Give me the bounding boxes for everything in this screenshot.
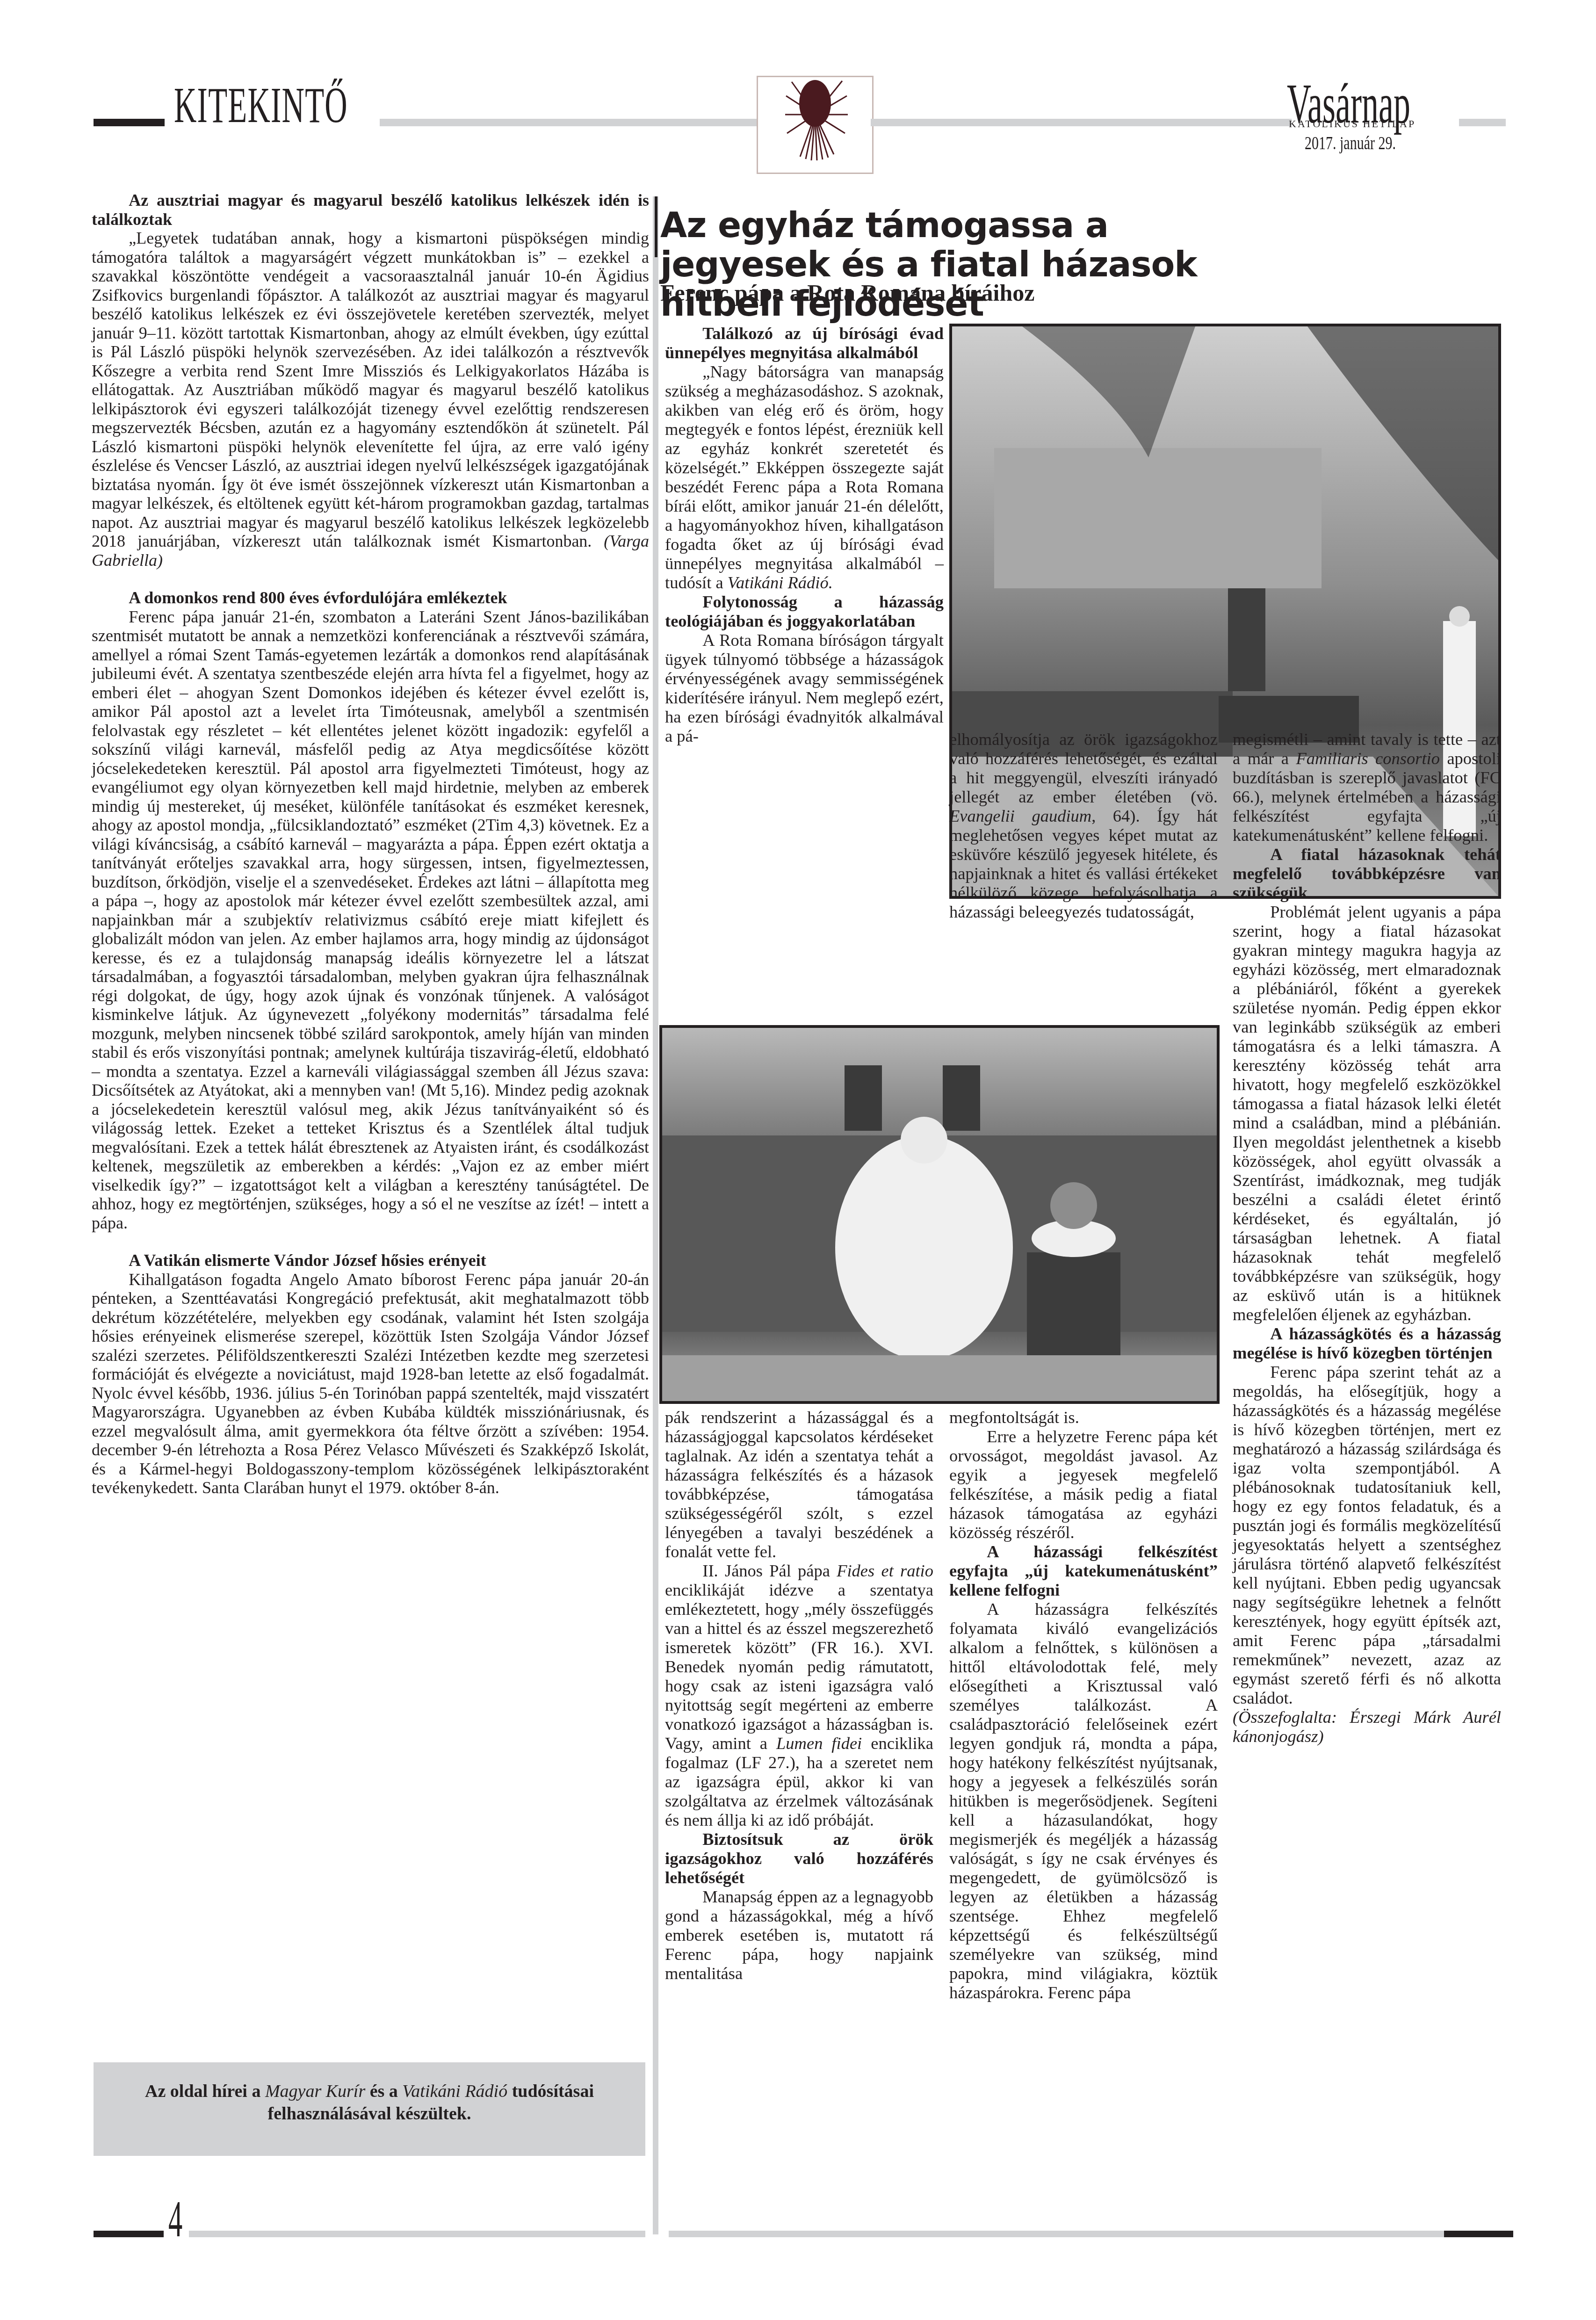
article-title: A domonkos rend 800 éves évfordulójára e… xyxy=(92,588,649,607)
sources-credit-box: Az oldal hírei a Magyar Kurír és a Vatik… xyxy=(94,2062,645,2156)
article-title: Az ausztriai magyar és magyarul beszélő … xyxy=(92,191,649,229)
paragraph: A Rota Romana bíróságon tárgyalt ügyek t… xyxy=(665,630,944,745)
bottom-column-1: pák rendszerint a házassággal és a házas… xyxy=(665,1408,933,1983)
header-left-block xyxy=(94,119,165,126)
paragraph: megfontoltságát is. xyxy=(949,1408,1218,1427)
footer-right-block xyxy=(1444,2231,1513,2237)
mid-column-a: elhomályosítja az örök igazságokhoz való… xyxy=(949,730,1218,921)
photo-icon xyxy=(662,1028,1217,1401)
issue-date: 2017. január 29. xyxy=(1305,132,1396,154)
source-link-magyar-kurir: Magyar Kurír xyxy=(265,2081,365,2101)
section-heading: Találkozó az új bírósági évad ünnepélyes… xyxy=(665,324,944,362)
left-news-column: Az ausztriai magyar és magyarul beszélő … xyxy=(92,191,649,1497)
main-subheadline: Ferenc pápa a Rota Romana bíráihoz xyxy=(660,280,1268,306)
section-heading: A házassági felkészítést egyfajta „új ka… xyxy=(949,1542,1218,1599)
sun-rays-icon xyxy=(758,77,872,173)
column-separator xyxy=(653,196,658,2234)
article-body: Ferenc pápa január 21-én, szombaton a La… xyxy=(92,607,649,1233)
article-title: A Vatikán elismerte Vándor József hősies… xyxy=(92,1251,649,1270)
paragraph: „Nagy bátorságra van manapság szükség a … xyxy=(665,362,944,592)
paragraph: Erre a helyzetre Ferenc pápa két orvossá… xyxy=(949,1427,1218,1542)
paragraph: elhomályosítja az örök igazságokhoz való… xyxy=(949,730,1218,921)
masthead-logo xyxy=(757,76,874,174)
photo-pope-with-judges xyxy=(659,1025,1220,1404)
source-link-vatikani-radio: Vatikáni Rádió xyxy=(402,2081,507,2101)
paragraph: Problémát jelent ugyanis a pápa szerint,… xyxy=(1233,902,1501,1324)
paragraph: megismétli – amint tavaly is tette – azt… xyxy=(1233,730,1501,845)
intro-column: Találkozó az új bírósági évad ünnepélyes… xyxy=(665,324,944,745)
footer-rule-left xyxy=(189,2231,645,2237)
paragraph: Manapság éppen az a legnagyobb gond a há… xyxy=(665,1887,933,1983)
article-body: Kihallgatáson fogadta Angelo Amato bíbor… xyxy=(92,1270,649,1497)
bottom-column-2: megfontoltságát is. Erre a helyzetre Fer… xyxy=(949,1408,1218,2002)
paragraph: pák rendszerint a házassággal és a házas… xyxy=(665,1408,933,1561)
section-heading: Biztosítsuk az örök igazságokhoz való ho… xyxy=(665,1829,933,1887)
paragraph: Ferenc pápa szerint tehát az a megoldás,… xyxy=(1233,1362,1501,1707)
paragraph: A házasságra felkészítés folyamata kivál… xyxy=(949,1599,1218,2002)
main-headline: Az egyház támogassa a jegyesek és a fiat… xyxy=(660,206,1268,324)
section-heading: Folytonosság a házasság teológiájában és… xyxy=(665,592,944,630)
section-heading: A házasságkötés és a házasság megélése i… xyxy=(1233,1324,1501,1362)
section-heading: A fiatal házasoknak tehát megfelelő tová… xyxy=(1233,845,1501,902)
headline-accent-rule xyxy=(655,196,657,257)
mid-column-b: megismétli – amint tavaly is tette – azt… xyxy=(1233,730,1501,1746)
header-rule-far-right xyxy=(1459,119,1506,126)
header-rule-left xyxy=(380,119,758,126)
header-rule-right xyxy=(871,119,1292,126)
article-byline: (Összefoglalta: Érszegi Márk Aurél kánon… xyxy=(1233,1707,1501,1746)
page-number: 4 xyxy=(168,2193,182,2245)
paragraph: II. János Pál pápa Fides et ratio encikl… xyxy=(665,1561,933,1829)
footer-left-block xyxy=(94,2231,164,2237)
brand-tagline: KATOLIKUS HETILAP xyxy=(1289,118,1415,130)
footer-rule-right xyxy=(669,2231,1445,2237)
section-title-text: KITEKINTŐ xyxy=(174,80,348,131)
article-body: „Legyetek tudatában annak, hogy a kismar… xyxy=(92,229,649,570)
